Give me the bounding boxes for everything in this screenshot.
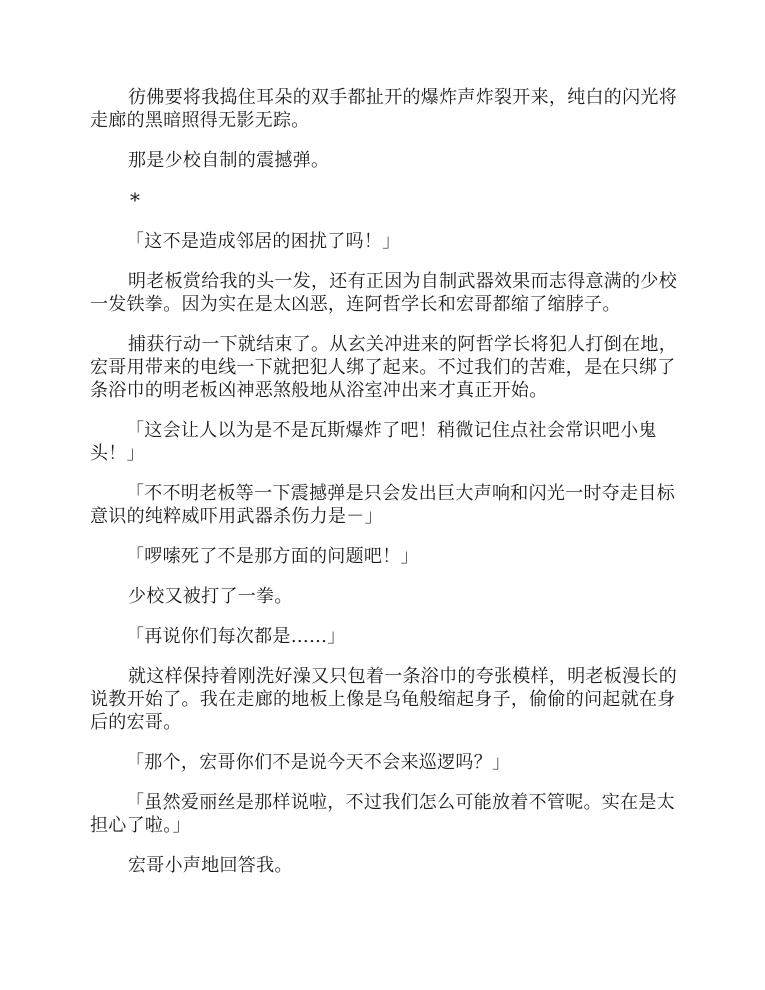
dialog-question-patrol: 「那个，宏哥你们不是说今天不会来巡逻吗？」 — [90, 751, 680, 774]
dialog-neighbors: 「这不是造成邻居的困扰了吗！」 — [90, 230, 680, 253]
paragraph-lecture: 就这样保持着刚洗好澡又只包着一条浴巾的夸张模样，明老板漫长的说教开始了。我在走廊… — [90, 665, 680, 734]
dialog-worried: 「虽然爱丽丝是那样说啦，不过我们怎么可能放着不管呢。实在是太担心了啦。」 — [90, 791, 680, 837]
dialog-not-the-point: 「啰嗦死了不是那方面的问题吧！」 — [90, 545, 680, 568]
dialog-gas-explosion: 「这会让人以为是不是瓦斯爆炸了吧！稍微记住点社会常识吧小鬼头！」 — [90, 419, 680, 465]
paragraph-capture: 捕获行动一下就结束了。从玄关冲进来的阿哲学长将犯人打倒在地，宏哥用带来的电线一下… — [90, 333, 680, 402]
dialog-every-time: 「再说你们每次都是……」 — [90, 625, 680, 648]
dialog-major-excuse: 「不不明老板等一下震撼弹是只会发出巨大声响和闪光一时夺走目标意识的纯粹威吓用武器… — [90, 482, 680, 528]
document-page: 彷佛要将我捣住耳朵的双手都扯开的爆炸声炸裂开来，纯白的闪光将走廊的黑暗照得无影无… — [90, 86, 680, 894]
paragraph-punched-again: 少校又被打了一拳。 — [90, 585, 680, 608]
paragraph-stun-grenade: 那是少校自制的震撼弹。 — [90, 149, 680, 172]
paragraph-punishment: 明老板赏给我的头一发，还有正因为自制武器效果而志得意满的少校一发铁拳。因为实在是… — [90, 270, 680, 316]
paragraph-explosion: 彷佛要将我捣住耳朵的双手都扯开的爆炸声炸裂开来，纯白的闪光将走廊的黑暗照得无影无… — [90, 86, 680, 132]
scene-separator: * — [90, 189, 680, 212]
paragraph-whisper-reply: 宏哥小声地回答我。 — [90, 854, 680, 877]
